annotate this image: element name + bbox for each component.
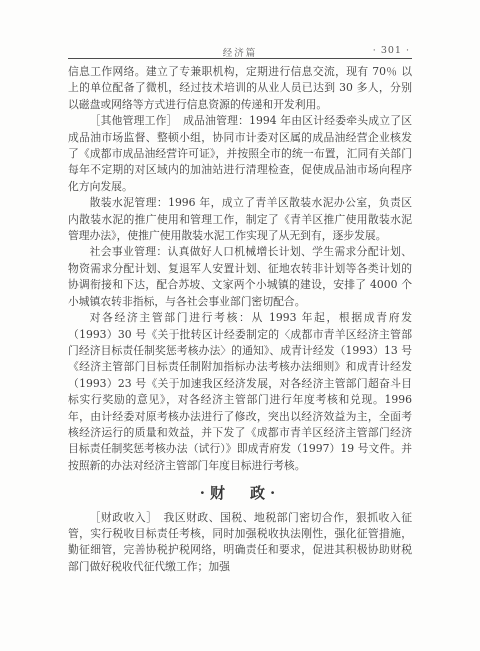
page-number: · 301 · (373, 45, 410, 56)
body-text: 信息工作网络。建立了专兼职机构，定期进行信息交流，现有 70％ 以上的单位配备了… (68, 64, 412, 575)
text-block: 经济篇 · 301 · 信息工作网络。建立了专兼职机构，定期进行信息交流，现有 … (68, 45, 412, 575)
book-page: 经济篇 · 301 · 信息工作网络。建立了专兼职机构，定期进行信息交流，现有 … (0, 0, 480, 651)
paragraph: 信息工作网络。建立了专兼职机构，定期进行信息交流，现有 70％ 以上的单位配备了… (68, 64, 412, 113)
paragraph: 散装水泥管理：1996 年，成立了青羊区散装水泥办公室，负责区内散装水泥的推广使… (68, 195, 412, 244)
running-head: 经济篇 (68, 45, 412, 59)
page-header: 经济篇 · 301 · (68, 45, 412, 59)
paragraph: ［其他管理工作］ 成品油管理：1994 年由区计经委牵头成立了区成品油市场监督、… (68, 113, 412, 195)
section-heading: ·财 政· (68, 485, 412, 501)
paragraph: 对各经济主管部门进行考核：从 1993 年起，根据成青府发（1993）30 号《… (68, 310, 412, 474)
paragraph: ［财政收入］ 我区财政、国税、地税部门密切合作，狠抓收入征管，实行税收目标责任考… (68, 510, 412, 576)
paragraph: 社会事业管理：认真做好人口机械增长计划、学生需求分配计划、物资需求分配计划、复退… (68, 244, 412, 310)
